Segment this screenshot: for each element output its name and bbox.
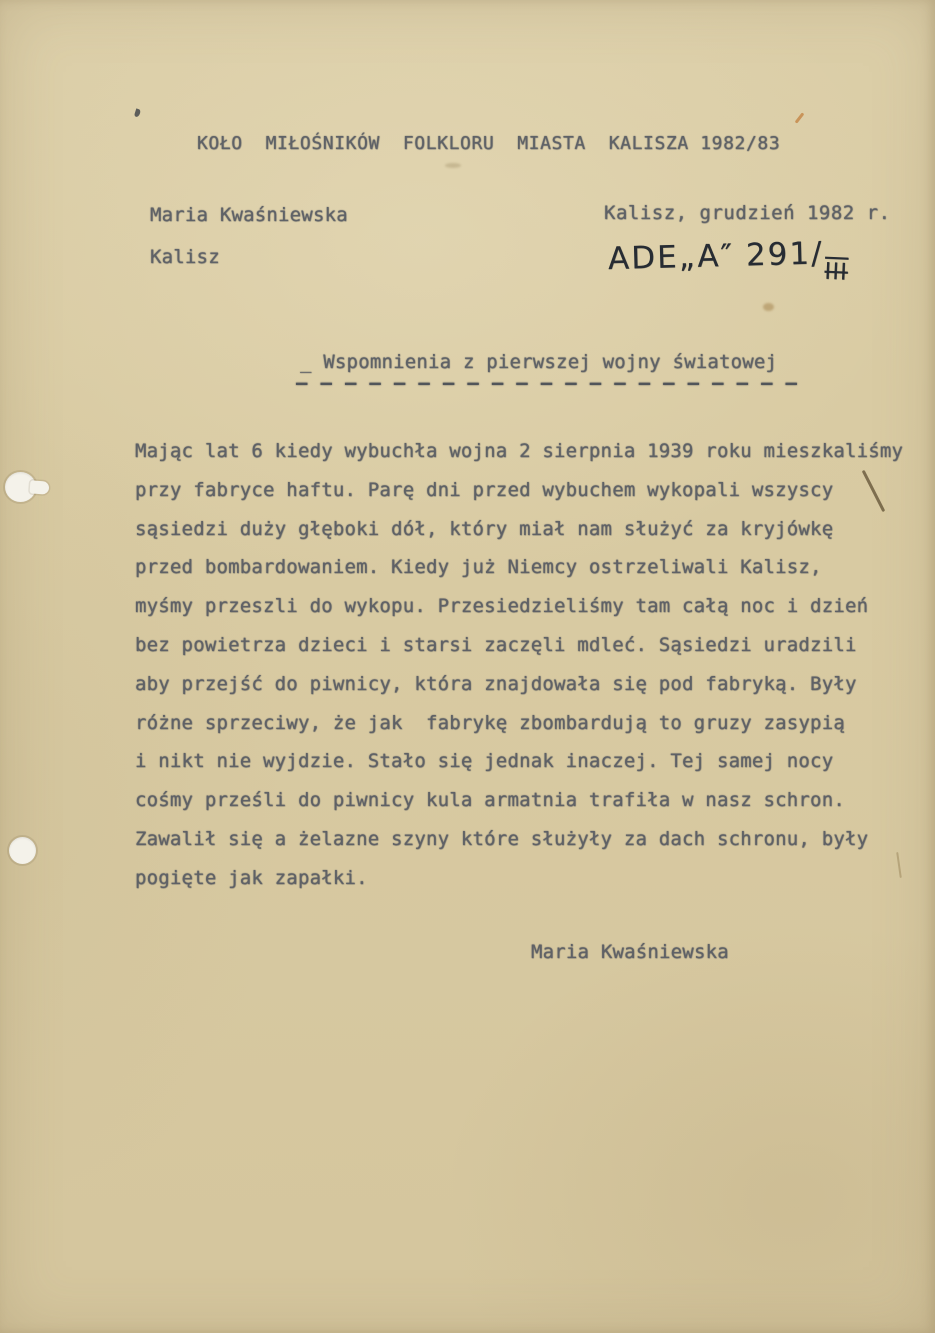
archival-note-handwritten: ADE„A″ 291/III [608,235,848,277]
archival-note-main: ADE„A″ 291/ [608,235,824,277]
ink-speck [134,108,141,117]
archival-note-fraction: III [823,259,847,286]
body-line: cośmy prześli do piwnicy kula armatnia t… [135,789,845,811]
header-line: KOŁO MIŁOŚNIKÓW FOLKLORU MIASTA KALISZA … [197,133,780,154]
body-line: Mając lat 6 kiedy wybuchła wojna 2 sierp… [135,440,903,462]
title-underline-dashes: – – – – – – – – – – – – – – – – – – – – … [296,372,798,394]
document-title: _ Wspomnienia z pierwszej wojny światowe… [300,351,777,373]
author-city: Kalisz [150,246,220,268]
body-line: bez powietrza dzieci i starsi zaczęli md… [135,634,857,656]
document-page: KOŁO MIŁOŚNIKÓW FOLKLORU MIASTA KALISZA … [0,0,935,1333]
punch-hole-bottom [9,837,36,864]
dateline: Kalisz, grudzień 1982 r. [604,202,891,224]
body-line: różne sprzeciwy, że jak fabrykę zbombard… [135,712,845,734]
paper-smudge [445,163,461,168]
body-line: aby przejść do piwnicy, która znajdowała… [135,673,857,695]
body-line: myśmy przeszli do wykopu. Przesiedzieliś… [135,595,868,617]
paper-fiber [896,852,902,878]
body-line: sąsiedzi duży głęboki dół, który miał na… [135,518,833,540]
body-line: przed bombardowaniem. Kiedy już Niemcy o… [135,556,822,578]
body-line: Zawalił się a żelazne szyny które służył… [135,828,868,850]
author-name: Maria Kwaśniewska [150,204,348,226]
brown-stain-dot [763,303,774,311]
pen-stroke-mark [862,470,886,512]
body-line: przy fabryce haftu. Parę dni przed wybuc… [135,479,833,501]
orange-fiber-fleck [795,112,805,123]
body-line: i nikt nie wyjdzie. Stało się jednak ina… [135,750,833,772]
body-line: pogięte jak zapałki. [135,867,368,889]
punch-hole-top-tear [30,480,50,494]
signature: Maria Kwaśniewska [531,941,729,963]
